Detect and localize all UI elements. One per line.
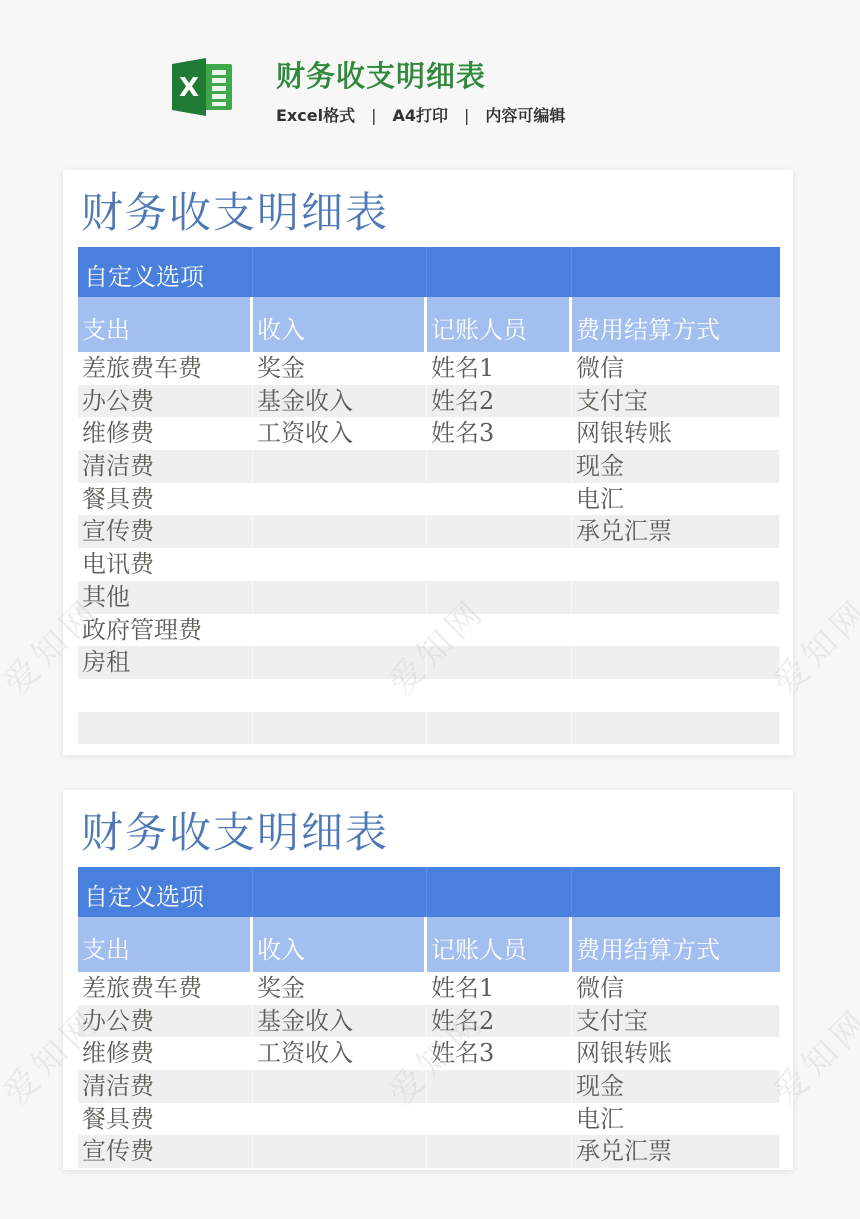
cell <box>253 515 427 548</box>
cell <box>427 1135 572 1168</box>
cell: 基金收入 <box>253 385 427 418</box>
table-row: 办公费基金收入姓名2支付宝 <box>78 1005 780 1038</box>
cell: 姓名3 <box>427 417 572 450</box>
table-row: 电讯费 <box>78 548 780 581</box>
cell: 现金 <box>572 1070 780 1103</box>
cell: 姓名2 <box>427 385 572 418</box>
cell: 房租 <box>78 646 253 679</box>
cell: 电汇 <box>572 1103 780 1136</box>
cell: 工资收入 <box>253 1037 427 1070</box>
cell: 差旅费车费 <box>78 352 253 385</box>
cell <box>253 614 427 647</box>
table-row: 办公费基金收入姓名2支付宝 <box>78 385 780 418</box>
cell: 办公费 <box>78 1005 253 1038</box>
separator: | <box>371 106 376 125</box>
cell <box>253 646 427 679</box>
table-body: 差旅费车费奖金姓名1微信 办公费基金收入姓名2支付宝 维修费工资收入姓名3网银转… <box>78 352 780 744</box>
cell: 支付宝 <box>572 385 780 418</box>
cell <box>78 679 253 712</box>
cell: 支付宝 <box>572 1005 780 1038</box>
product-subtitle: Excel格式|A4打印|内容可编辑 <box>276 103 565 126</box>
cell: 电讯费 <box>78 548 253 581</box>
cell <box>427 614 572 647</box>
table-row: 维修费工资收入姓名3网银转账 <box>78 417 780 450</box>
cell: 微信 <box>572 972 780 1005</box>
product-header: X 财务收支明细表 Excel格式|A4打印|内容可编辑 <box>0 0 860 150</box>
cell: 奖金 <box>253 352 427 385</box>
table-row <box>78 712 780 745</box>
table-row: 房租 <box>78 646 780 679</box>
options-table: 自定义选项 支出 收入 记账人员 费用结算方式 差旅费车费奖金姓名1微信 办公费… <box>78 247 780 744</box>
table-row: 清洁费现金 <box>78 1070 780 1103</box>
cell: 基金收入 <box>253 1005 427 1038</box>
table-row: 清洁费现金 <box>78 450 780 483</box>
cell: 网银转账 <box>572 417 780 450</box>
cell <box>78 712 253 745</box>
cell: 网银转账 <box>572 1037 780 1070</box>
table-row: 餐具费电汇 <box>78 1103 780 1136</box>
cell: 承兑汇票 <box>572 515 780 548</box>
cell <box>572 679 780 712</box>
cell <box>427 646 572 679</box>
cell <box>572 581 780 614</box>
column-header-bookkeeper: 记账人员 <box>427 297 572 352</box>
column-header-income: 收入 <box>253 917 427 972</box>
cell <box>427 450 572 483</box>
cell: 差旅费车费 <box>78 972 253 1005</box>
cell: 现金 <box>572 450 780 483</box>
column-header-income: 收入 <box>253 297 427 352</box>
excel-icon: X <box>172 56 234 118</box>
column-header-settlement: 费用结算方式 <box>572 297 780 352</box>
section-header-label: 自定义选项 <box>84 877 204 912</box>
cell: 清洁费 <box>78 1070 253 1103</box>
cell: 姓名1 <box>427 352 572 385</box>
cell <box>253 679 427 712</box>
column-header-expense: 支出 <box>78 297 253 352</box>
table-row: 宣传费承兑汇票 <box>78 1135 780 1168</box>
cell <box>253 548 427 581</box>
cell: 清洁费 <box>78 450 253 483</box>
cell <box>427 1070 572 1103</box>
column-header-expense: 支出 <box>78 917 253 972</box>
separator: | <box>464 106 469 125</box>
cell: 电汇 <box>572 483 780 516</box>
cell <box>427 548 572 581</box>
editable-label: 内容可编辑 <box>485 106 565 125</box>
cell: 宣传费 <box>78 1135 253 1168</box>
cell <box>253 581 427 614</box>
cell: 宣传费 <box>78 515 253 548</box>
cell <box>427 515 572 548</box>
cell <box>427 1103 572 1136</box>
table-body: 差旅费车费奖金姓名1微信 办公费基金收入姓名2支付宝 维修费工资收入姓名3网银转… <box>78 972 780 1168</box>
table-row: 差旅费车费奖金姓名1微信 <box>78 352 780 385</box>
column-header-row: 支出 收入 记账人员 费用结算方式 <box>78 917 780 972</box>
cell <box>253 483 427 516</box>
cell <box>253 1135 427 1168</box>
section-header-bar: 自定义选项 <box>78 867 780 917</box>
cell <box>427 679 572 712</box>
cell <box>427 581 572 614</box>
cell <box>253 1070 427 1103</box>
cell: 姓名3 <box>427 1037 572 1070</box>
cell: 承兑汇票 <box>572 1135 780 1168</box>
table-row: 餐具费电汇 <box>78 483 780 516</box>
cell: 奖金 <box>253 972 427 1005</box>
sheet-preview-1: 财务收支明细表 自定义选项 支出 收入 记账人员 费用结算方式 差旅费车费奖金姓… <box>63 170 793 755</box>
sheet-title: 财务收支明细表 <box>81 800 389 860</box>
cell: 政府管理费 <box>78 614 253 647</box>
print-label: A4打印 <box>392 106 448 125</box>
cell: 微信 <box>572 352 780 385</box>
cell <box>427 483 572 516</box>
column-header-row: 支出 收入 记账人员 费用结算方式 <box>78 297 780 352</box>
cell: 姓名1 <box>427 972 572 1005</box>
cell <box>253 712 427 745</box>
cell: 餐具费 <box>78 1103 253 1136</box>
section-header-label: 自定义选项 <box>84 257 204 292</box>
column-header-bookkeeper: 记账人员 <box>427 917 572 972</box>
cell <box>572 548 780 581</box>
svg-text:X: X <box>179 73 199 103</box>
sheet-title: 财务收支明细表 <box>81 180 389 240</box>
sheet-preview-2: 财务收支明细表 自定义选项 支出 收入 记账人员 费用结算方式 差旅费车费奖金姓… <box>63 790 793 1170</box>
cell: 维修费 <box>78 1037 253 1070</box>
cell: 姓名2 <box>427 1005 572 1038</box>
cell <box>253 450 427 483</box>
product-title: 财务收支明细表 <box>276 54 486 95</box>
cell: 维修费 <box>78 417 253 450</box>
cell <box>253 1103 427 1136</box>
cell <box>572 646 780 679</box>
column-header-settlement: 费用结算方式 <box>572 917 780 972</box>
table-row: 差旅费车费奖金姓名1微信 <box>78 972 780 1005</box>
cell <box>572 712 780 745</box>
table-row: 维修费工资收入姓名3网银转账 <box>78 1037 780 1070</box>
table-row: 其他 <box>78 581 780 614</box>
cell <box>427 712 572 745</box>
table-row <box>78 679 780 712</box>
options-table: 自定义选项 支出 收入 记账人员 费用结算方式 差旅费车费奖金姓名1微信 办公费… <box>78 867 780 1168</box>
cell: 餐具费 <box>78 483 253 516</box>
cell: 其他 <box>78 581 253 614</box>
table-row: 政府管理费 <box>78 614 780 647</box>
cell <box>572 614 780 647</box>
cell: 工资收入 <box>253 417 427 450</box>
cell: 办公费 <box>78 385 253 418</box>
table-row: 宣传费承兑汇票 <box>78 515 780 548</box>
section-header-bar: 自定义选项 <box>78 247 780 297</box>
format-label: Excel格式 <box>276 106 355 125</box>
